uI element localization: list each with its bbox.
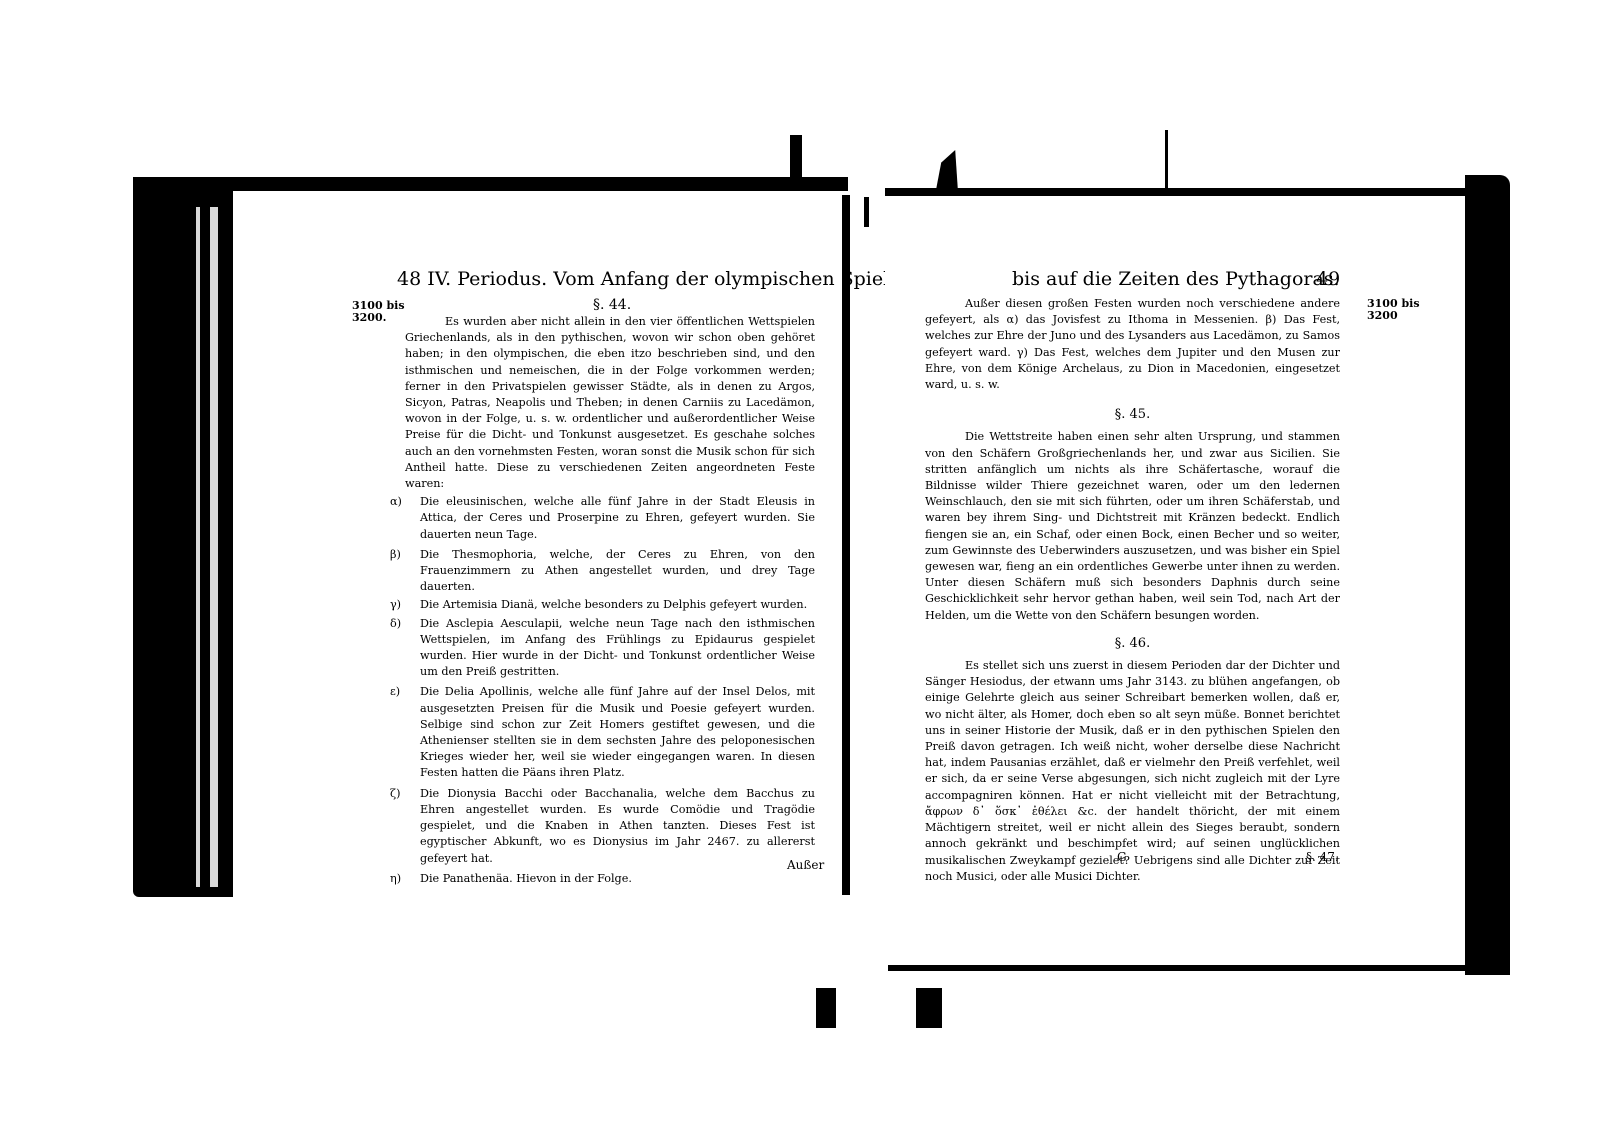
list-text: Die Delia Apollinis, welche alle fünf Ja… [420, 684, 815, 781]
book-spine-fragment [864, 197, 869, 227]
section-heading: §. 45. [925, 407, 1340, 423]
list-item: δ) Die Asclepia Aesculapii, welche neun … [390, 616, 815, 681]
book-spine-fragment [816, 988, 836, 1028]
paragraph: Es wurden aber nicht allein in den vier … [405, 314, 815, 492]
list-label: β) [390, 547, 420, 596]
right-page-body: Außer diesen großen Festen wurden noch v… [925, 296, 1340, 885]
page-edge-stripe [196, 207, 200, 887]
left-page-body: Es wurden aber nicht allein in den vier … [405, 314, 815, 887]
right-margin-note: 3100 bis 3200 [1367, 298, 1420, 322]
paragraph: Es stellet sich uns zuerst in diesem Per… [925, 658, 1340, 885]
margin-note-line: 3200 [1367, 310, 1420, 322]
paragraph: Außer diesen großen Festen wurden noch v… [925, 296, 1340, 393]
left-running-head: 48 IV. Periodus. Vom Anfang der olympisc… [397, 268, 900, 290]
book-cover-bottom-right [888, 965, 1468, 971]
list-text: Die Panathenäa. Hievon in der Folge. [420, 871, 815, 887]
page-number: 49 [1316, 268, 1340, 290]
book-cover-right [1465, 175, 1510, 975]
list-label: γ) [390, 597, 420, 613]
list-text: Die Thesmophoria, welche, der Ceres zu E… [420, 547, 815, 596]
list-label: ζ) [390, 786, 420, 867]
book-spine-fragment [1165, 130, 1168, 188]
list-item: α) Die eleusinischen, welche alle fünf J… [390, 494, 815, 543]
list-label: α) [390, 494, 420, 543]
list-item: ζ) Die Dionysia Bacchi oder Bacchanalia,… [390, 786, 815, 867]
list-item: η) Die Panathenäa. Hievon in der Folge. [390, 871, 815, 887]
catchword: Außer [787, 858, 824, 872]
left-margin-note: 3100 bis 3200. [352, 300, 405, 324]
signature-mark: G [1117, 850, 1127, 864]
book-spine-fragment [790, 135, 802, 191]
section-heading: §. 46. [925, 636, 1340, 652]
list-text: Die Artemisia Dianä, welche besonders zu… [420, 597, 815, 613]
page-number: 48 [397, 268, 421, 290]
list-text: Die Dionysia Bacchi oder Bacchanalia, we… [420, 786, 815, 867]
section-heading: §. 44. [593, 297, 631, 313]
list-text: Die Asclepia Aesculapii, welche neun Tag… [420, 616, 815, 681]
catchword: §. 47. [1306, 850, 1339, 864]
book-cover-left [133, 177, 233, 897]
book-spine-fragment [916, 988, 942, 1028]
list-item: ε) Die Delia Apollinis, welche alle fünf… [390, 684, 815, 781]
page-edge-stripe [210, 207, 218, 887]
running-head-title: IV. Periodus. Vom Anfang der olympischen… [427, 268, 900, 290]
book-gutter [842, 195, 850, 895]
book-spine-fragment [930, 150, 958, 192]
list-text: Die eleusinischen, welche alle fünf Jahr… [420, 494, 815, 543]
right-running-head: bis auf die Zeiten des Pythagoras. [1012, 268, 1340, 290]
book-cover-top-right [885, 188, 1465, 196]
margin-note-line: 3200. [352, 312, 405, 324]
list-item: β) Die Thesmophoria, welche, der Ceres z… [390, 547, 815, 596]
list-label: η) [390, 871, 420, 887]
list-label: δ) [390, 616, 420, 681]
running-head-title: bis auf die Zeiten des Pythagoras. [1012, 268, 1340, 290]
book-cover-top-left [133, 177, 848, 191]
paragraph: Die Wettstreite haben einen sehr alten U… [925, 429, 1340, 623]
list-item: γ) Die Artemisia Dianä, welche besonders… [390, 597, 815, 613]
list-label: ε) [390, 684, 420, 781]
